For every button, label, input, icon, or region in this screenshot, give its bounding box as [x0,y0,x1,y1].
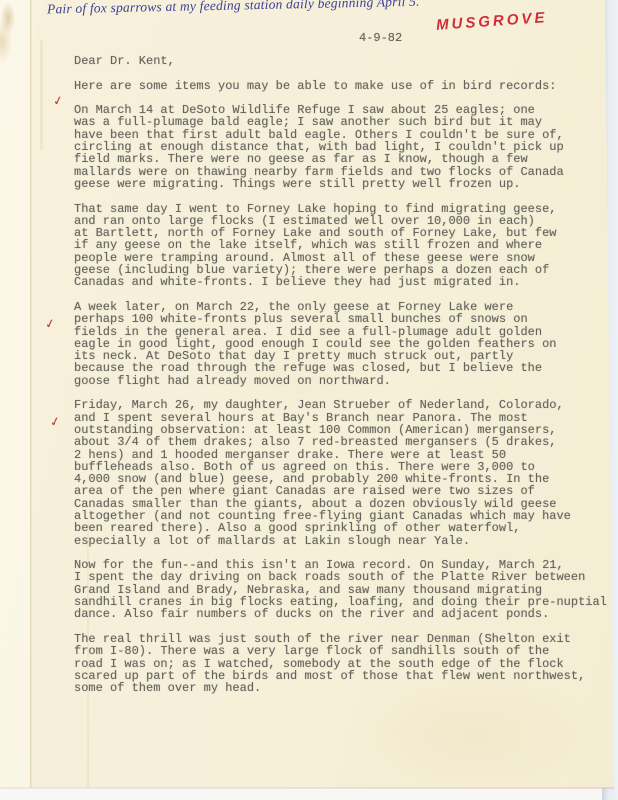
paper-stain [0,0,28,70]
paragraph-march-22: A week later, on March 22, the only gees… [74,301,618,387]
paragraph-forney-lake: That same day I went to Forney Lake hopi… [74,203,618,289]
letter-body: Dear Dr. Kent, Here are some items you m… [74,55,618,707]
checkmark-icon: ✓ [53,94,64,109]
handwritten-note: Pair of fox sparrows at my feeding stati… [47,0,477,18]
paper-left-margin-strip [0,0,30,788]
paragraph-bays-branch: Friday, March 26, my daughter, Jean Stru… [74,399,618,547]
paper-stain [40,40,43,150]
paragraph-platte-river: Now for the fun--and this isn't an Iowa … [74,559,618,620]
letter-date: 4-9-82 [359,32,402,44]
paragraph-denman: The real thrill was just south of the ri… [74,633,618,694]
paragraph-desoto-eagles: On March 14 at DeSoto Wildlife Refuge I … [74,104,618,190]
intro-line: Here are some items you may be able to m… [74,80,618,92]
checkmark-icon: ✓ [45,317,56,332]
musgrove-signature: MUSGROVE [436,9,548,34]
checkmark-icon: ✓ [50,415,61,430]
paper-fold-crease [30,0,32,788]
scanned-letter: Pair of fox sparrows at my feeding stati… [0,0,618,800]
paper-bottom-edge [0,787,614,789]
letter-paper: Pair of fox sparrows at my feeding stati… [0,0,618,800]
greeting: Dear Dr. Kent, [74,55,618,67]
